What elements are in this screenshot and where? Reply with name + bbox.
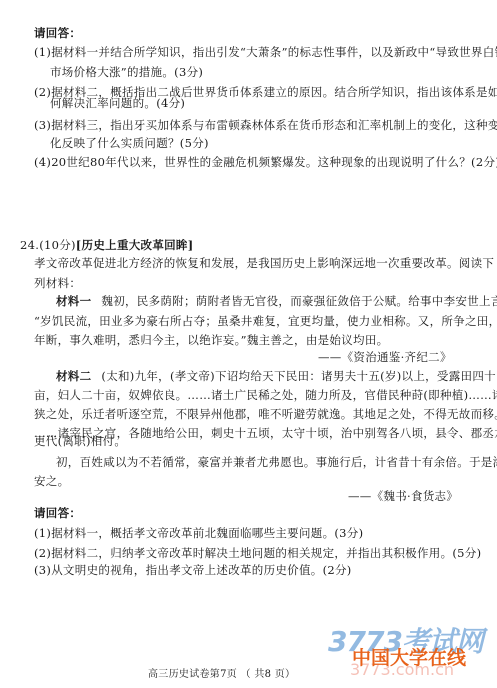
question-23-1-line2: 市场价格大涨”的措施。(3分) — [50, 65, 203, 79]
material-2-text1: (太和)九年，(孝文帝)下诏均给天下民田：诸男夫十五(岁)以上，受露田四十 — [101, 369, 496, 383]
question-24-header: 24.(10分)[历史上重大改革回眸] — [20, 238, 193, 252]
material-1-line3: 年断，事久难明，悉归今主，以绝诈妄。”魏主善之，由是始议均田。 — [34, 333, 388, 347]
watermark-middle-text: 中国大学在线 — [352, 643, 466, 670]
material-2-line6: 初，百姓咸以为不若循常，豪富并兼者尤弗愿也。事施行后，计省昔十有余倍。于是海内 — [56, 455, 497, 469]
question-24-2: (2)据材料二，归纳孝文帝改革时解决土地问题的相关规定，并指出其积极作用。(5分… — [34, 546, 481, 560]
material-1-source: ——《资治通鉴·齐纪二》 — [318, 350, 452, 364]
material-2-line7: 安之。 — [34, 474, 69, 488]
question-23-2-line2: 何解决汇率问题的。(4分) — [50, 96, 185, 110]
question-23-4: (4)20世纪80年代以来，世界性的金融危机频繁爆发。这种现象的出现说明了什么？… — [34, 155, 497, 169]
question-23-3-line1: (3)据材料三，指出牙买加体系与布雷顿森林体系在货币形态和汇率机制上的变化，这种… — [34, 118, 497, 132]
material-2-line2: 亩，妇人二十亩，奴婢依良。……诸土广民稀之处，随力所及，官借民种莳(即种植)……… — [34, 388, 497, 402]
material-2-line3: 狭之处，乐迁者听逐空荒，不限异州他郡，唯不听避劳就逸。其地足之处，不得无故而移。 — [34, 407, 497, 421]
question-24-number: 24.(10分) — [20, 238, 76, 252]
material-2-source: ——《魏书·食货志》 — [348, 489, 458, 503]
material-2-label: 材料二 — [56, 369, 91, 383]
material-2-line1: 材料二(太和)九年，(孝文帝)下诏均给天下民田：诸男夫十五(岁)以上，受露田四十 — [56, 369, 496, 383]
answer-prompt-24: 请回答： — [34, 506, 81, 520]
watermark-logo: 3773考试网 3773.com.cn 中国大学在线 — [328, 620, 497, 688]
material-2-line5: 更代(离职)相付。 — [34, 434, 126, 448]
question-24-3: (3)从文明史的视角，指出孝文帝上述改革的历史价值。(2分) — [34, 563, 352, 577]
question-24-intro-line2: 列材料： — [34, 276, 81, 290]
question-23-1-line1: (1)据材料一并结合所学知识，指出引发“大萧条”的标志性事件，以及新政中“导致世… — [34, 45, 497, 59]
question-24-1: (1)据材料一，概括孝文帝改革前北魏面临哪些主要问题。(3分) — [34, 526, 363, 540]
question-23-3-line2: 化反映了什么实质问题？(5分) — [50, 136, 209, 150]
material-1-label: 材料一 — [56, 294, 91, 308]
question-24-intro-line1: 孝文帝改革促进北方经济的恢复和发展，是我国历史上影响深远地一次重要改革。阅读下 — [34, 256, 494, 270]
page-footer: 高三历史试卷第7页 （ 共8 页） — [148, 665, 295, 680]
question-24-title: [历史上重大改革回眸] — [76, 238, 194, 252]
material-1-text1: 魏初，民多荫附；荫附者皆无官役，而豪强征敛倍于公赋。给事中李安世上言： — [101, 294, 497, 308]
material-1-line1: 材料一魏初，民多荫附；荫附者皆无官役，而豪强征敛倍于公赋。给事中李安世上言： — [56, 294, 497, 308]
answer-prompt: 请回答： — [34, 26, 81, 40]
material-1-line2: “岁饥民流，田业多为豪右所占夺；虽桑井难复，宜更均量，使力业相称。又，所争之田，… — [34, 314, 497, 328]
